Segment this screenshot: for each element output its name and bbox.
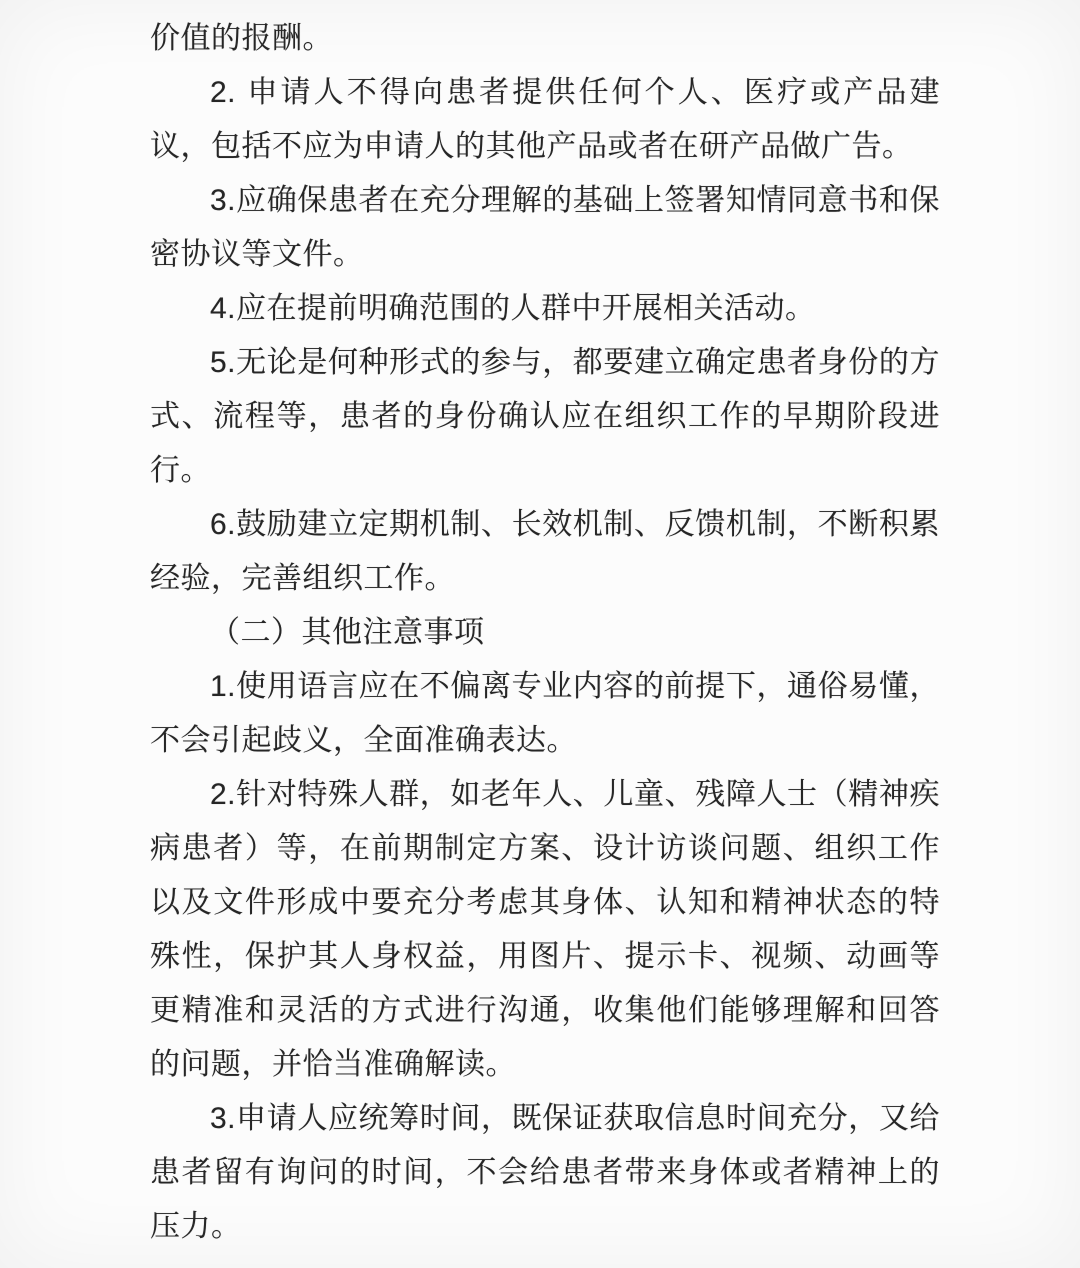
paragraph: 2.针对特殊人群，如老年人、儿童、残障人士（精神疾病患者）等，在前期制定方案、设… — [150, 768, 940, 1092]
paragraph: 1.使用语言应在不偏离专业内容的前提下，通俗易懂，不会引起歧义，全面准确表达。 — [150, 660, 940, 768]
paragraph: 价值的报酬。 — [150, 12, 940, 66]
paragraph: 4.应在提前明确范围的人群中开展相关活动。 — [150, 282, 940, 336]
paragraph: 2. 申请人不得向患者提供任何个人、医疗或产品建议，包括不应为申请人的其他产品或… — [150, 66, 940, 174]
section-heading: （二）其他注意事项 — [150, 606, 940, 660]
paragraph: 6.鼓励建立定期机制、长效机制、反馈机制，不断积累经验，完善组织工作。 — [150, 498, 940, 606]
paragraph: 5.无论是何种形式的参与，都要建立确定患者身份的方式、流程等，患者的身份确认应在… — [150, 336, 940, 498]
document-body: 价值的报酬。2. 申请人不得向患者提供任何个人、医疗或产品建议，包括不应为申请人… — [150, 12, 940, 1254]
paragraph: 3.应确保患者在充分理解的基础上签署知情同意书和保密协议等文件。 — [150, 174, 940, 282]
document-page: 价值的报酬。2. 申请人不得向患者提供任何个人、医疗或产品建议，包括不应为申请人… — [0, 0, 1080, 1254]
paragraph: 3.申请人应统筹时间，既保证获取信息时间充分，又给患者留有询问的时间，不会给患者… — [150, 1092, 940, 1254]
